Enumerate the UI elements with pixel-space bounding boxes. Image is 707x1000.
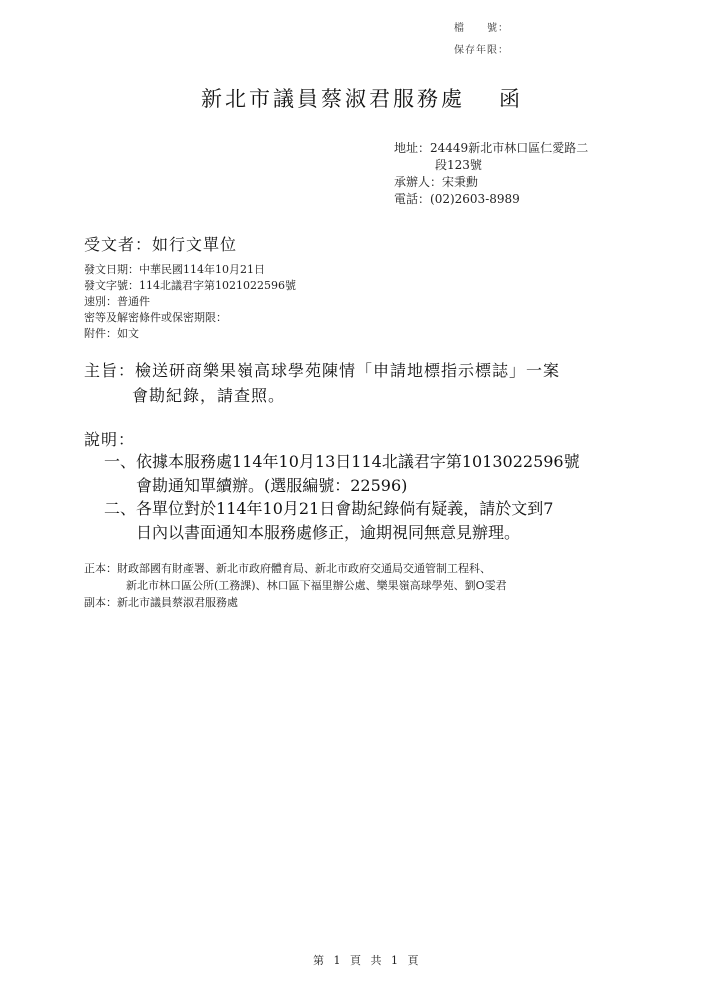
subject-label: 主旨： [84,361,135,380]
handler-line: 承辦人：宋秉勳 [394,174,588,191]
urgency: 速別：普通件 [84,294,296,310]
item-number: 一、 [104,452,136,471]
explanation-item-2: 二、各單位對於114年10月21日會勘紀錄倘有疑義，請於文到7 日內以書面通知本… [104,497,553,545]
address: 24449新北市林口區仁愛路二 [430,141,588,155]
contact-block: 地址：24449新北市林口區仁愛路二 段123號 承辦人：宋秉勳 電話：(02)… [394,140,588,208]
recipient: 受文者：如行文單位 [84,232,237,255]
attachment: 附件：如文 [84,326,296,342]
subject-line-2: 會勘紀錄，請查照。 [84,383,560,408]
explanation-label: 說明： [84,427,135,450]
subject: 主旨：檢送研商樂果嶺高球學苑陳情「申請地標指示標誌」一案 會勘紀錄，請查照。 [84,358,560,408]
document-number: 發文字號：114北議君字第1021022596號 [84,278,296,294]
phone-number: (02)2603-8989 [430,192,520,206]
original-recipients: 正本：財政部國有財產署、新北市政府體育局、新北市政府交通局交通管制工程科、 [84,560,507,577]
retention-period-label: 保存年限： [454,41,509,56]
page-number: 第 1 頁 共 1 頁 [313,952,421,968]
distribution: 正本：財政部國有財產署、新北市政府體育局、新北市政府交通局交通管制工程科、 新北… [84,560,507,611]
phone-line: 電話：(02)2603-8989 [394,191,588,208]
document-type: 函 [499,87,523,111]
recipient-value: 如行文單位 [152,235,237,254]
handler-name: 宋秉勳 [442,175,478,189]
classification: 密等及解密條件或保密期限： [84,310,296,326]
document-title: 新北市議員蔡淑君服務處函 [201,83,523,113]
address-line-2: 段123號 [394,157,588,174]
file-number-label: 檔 號： [454,19,509,34]
address-line-1: 地址：24449新北市林口區仁愛路二 [394,140,588,157]
document-info: 發文日期：中華民國114年10月21日 發文字號：114北議君字第1021022… [84,262,296,342]
copy-recipients: 副本：新北市議員蔡淑君服務處 [84,594,507,611]
subject-line-1: 檢送研商樂果嶺高球學苑陳情「申請地標指示標誌」一案 [135,361,560,380]
office-name: 新北市議員蔡淑君服務處 [201,87,465,111]
explanation-item-1: 一、依據本服務處114年10月13日114北議君字第1013022596號 會勘… [104,450,580,498]
original-recipients-cont: 新北市林口區公所(工務課)、林口區下福里辦公處、樂果嶺高球學苑、劉O雯君 [84,577,507,594]
issue-date: 發文日期：中華民國114年10月21日 [84,262,296,278]
item-number: 二、 [104,499,136,518]
